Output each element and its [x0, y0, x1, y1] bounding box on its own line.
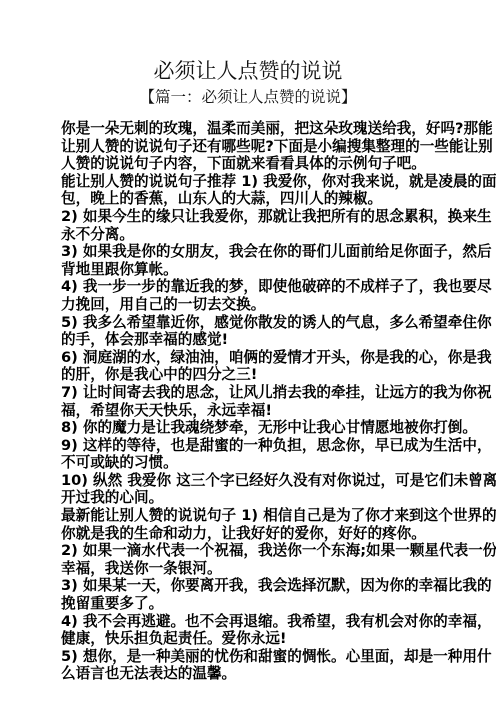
- body-line: 3) 如果我是你的女朋友，我会在你的哥们儿面前给足你面子，然后: [61, 243, 441, 261]
- body-line: 么语言也无法表达的温馨。: [61, 665, 441, 683]
- body-line: 背地里跟你算帐。: [61, 261, 441, 279]
- document-body: 你是一朵无刺的玫瑰，温柔而美丽，把这朵玫瑰送给我，好吗?那能 让别人赞的说说句子…: [61, 120, 441, 683]
- body-line: 3) 如果某一天，你要离开我，我会选择沉默，因为你的幸福比我的: [61, 577, 441, 595]
- body-line: 力挽回，用自己的一切去交换。: [61, 296, 441, 314]
- body-line: 5) 想你，是一种美丽的忧伤和甜蜜的惆怅。心里面，却是一种用什: [61, 648, 441, 666]
- body-line: 你就是我的生命和动力，让我好好的爱你，好好的疼你。: [61, 525, 441, 543]
- document-title: 必须让人点赞的说说: [0, 58, 496, 84]
- body-line: 的肝，你是我心中的四分之三!: [61, 366, 441, 384]
- document-page: 必须让人点赞的说说 【篇一：必须让人点赞的说说】 你是一朵无刺的玫瑰，温柔而美丽…: [0, 0, 496, 702]
- body-line: 幸福，我送你一条银河。: [61, 560, 441, 578]
- body-line: 最新能让别人赞的说说句子 1) 相信自己是为了你才来到这个世界的，: [61, 507, 441, 525]
- body-line: 健康，快乐担负起责任。爱你永远!: [61, 630, 441, 648]
- body-line: 9) 这样的等待，也是甜蜜的一种负担，思念你，早已成为生活中，: [61, 437, 441, 455]
- body-line: 5) 我多么希望靠近你，感觉你散发的诱人的气息，多么希望牵住你: [61, 314, 441, 332]
- body-line: 6) 洞庭湖的水，绿油油，咱俩的爱情才开头，你是我的心，你是我: [61, 349, 441, 367]
- body-line: 能让别人赞的说说句子推荐 1) 我爱你，你对我来说，就是凌晨的面: [61, 173, 441, 191]
- body-line: 包，晚上的香蕉，山东人的大蒜，四川人的辣椒。: [61, 190, 441, 208]
- body-line: 2) 如果一滴水代表一个祝福，我送你一个东海;如果一颗星代表一份: [61, 542, 441, 560]
- body-line: 8) 你的魔力是让我魂绕梦牵，无形中让我心甘情愿地被你打倒。: [61, 419, 441, 437]
- body-line: 人赞的说说句子内容，下面就来看看具体的示例句子吧。: [61, 155, 441, 173]
- body-line: 让别人赞的说说句子还有哪些呢?下面是小编搜集整理的一些能让别: [61, 138, 441, 156]
- body-line: 你是一朵无刺的玫瑰，温柔而美丽，把这朵玫瑰送给我，好吗?那能: [61, 120, 441, 138]
- body-line: 7) 让时间寄去我的思念，让风儿捎去我的牵挂，让远方的我为你祝: [61, 384, 441, 402]
- body-line: 4) 我一步一步的靠近我的梦，即使他破碎的不成样子了，我也要尽: [61, 278, 441, 296]
- body-line: 10) 纵然 我爱你 这三个字已经好久没有对你说过，可是它们未曾离: [61, 472, 441, 490]
- body-line: 永不分离。: [61, 226, 441, 244]
- body-line: 2) 如果今生的缘只让我爱你，那就让我把所有的思念累积，换来生: [61, 208, 441, 226]
- body-line: 福，希望你天天快乐，永远幸福!: [61, 402, 441, 420]
- body-line: 不可或缺的习惯。: [61, 454, 441, 472]
- body-line: 开过我的心间。: [61, 489, 441, 507]
- body-line: 的手，体会那幸福的感觉!: [61, 331, 441, 349]
- body-line: 挽留重要多了。: [61, 595, 441, 613]
- section-heading: 【篇一：必须让人点赞的说说】: [0, 86, 496, 108]
- body-line: 4) 我不会再逃避。也不会再退缩。我希望，我有机会对你的幸福，: [61, 613, 441, 631]
